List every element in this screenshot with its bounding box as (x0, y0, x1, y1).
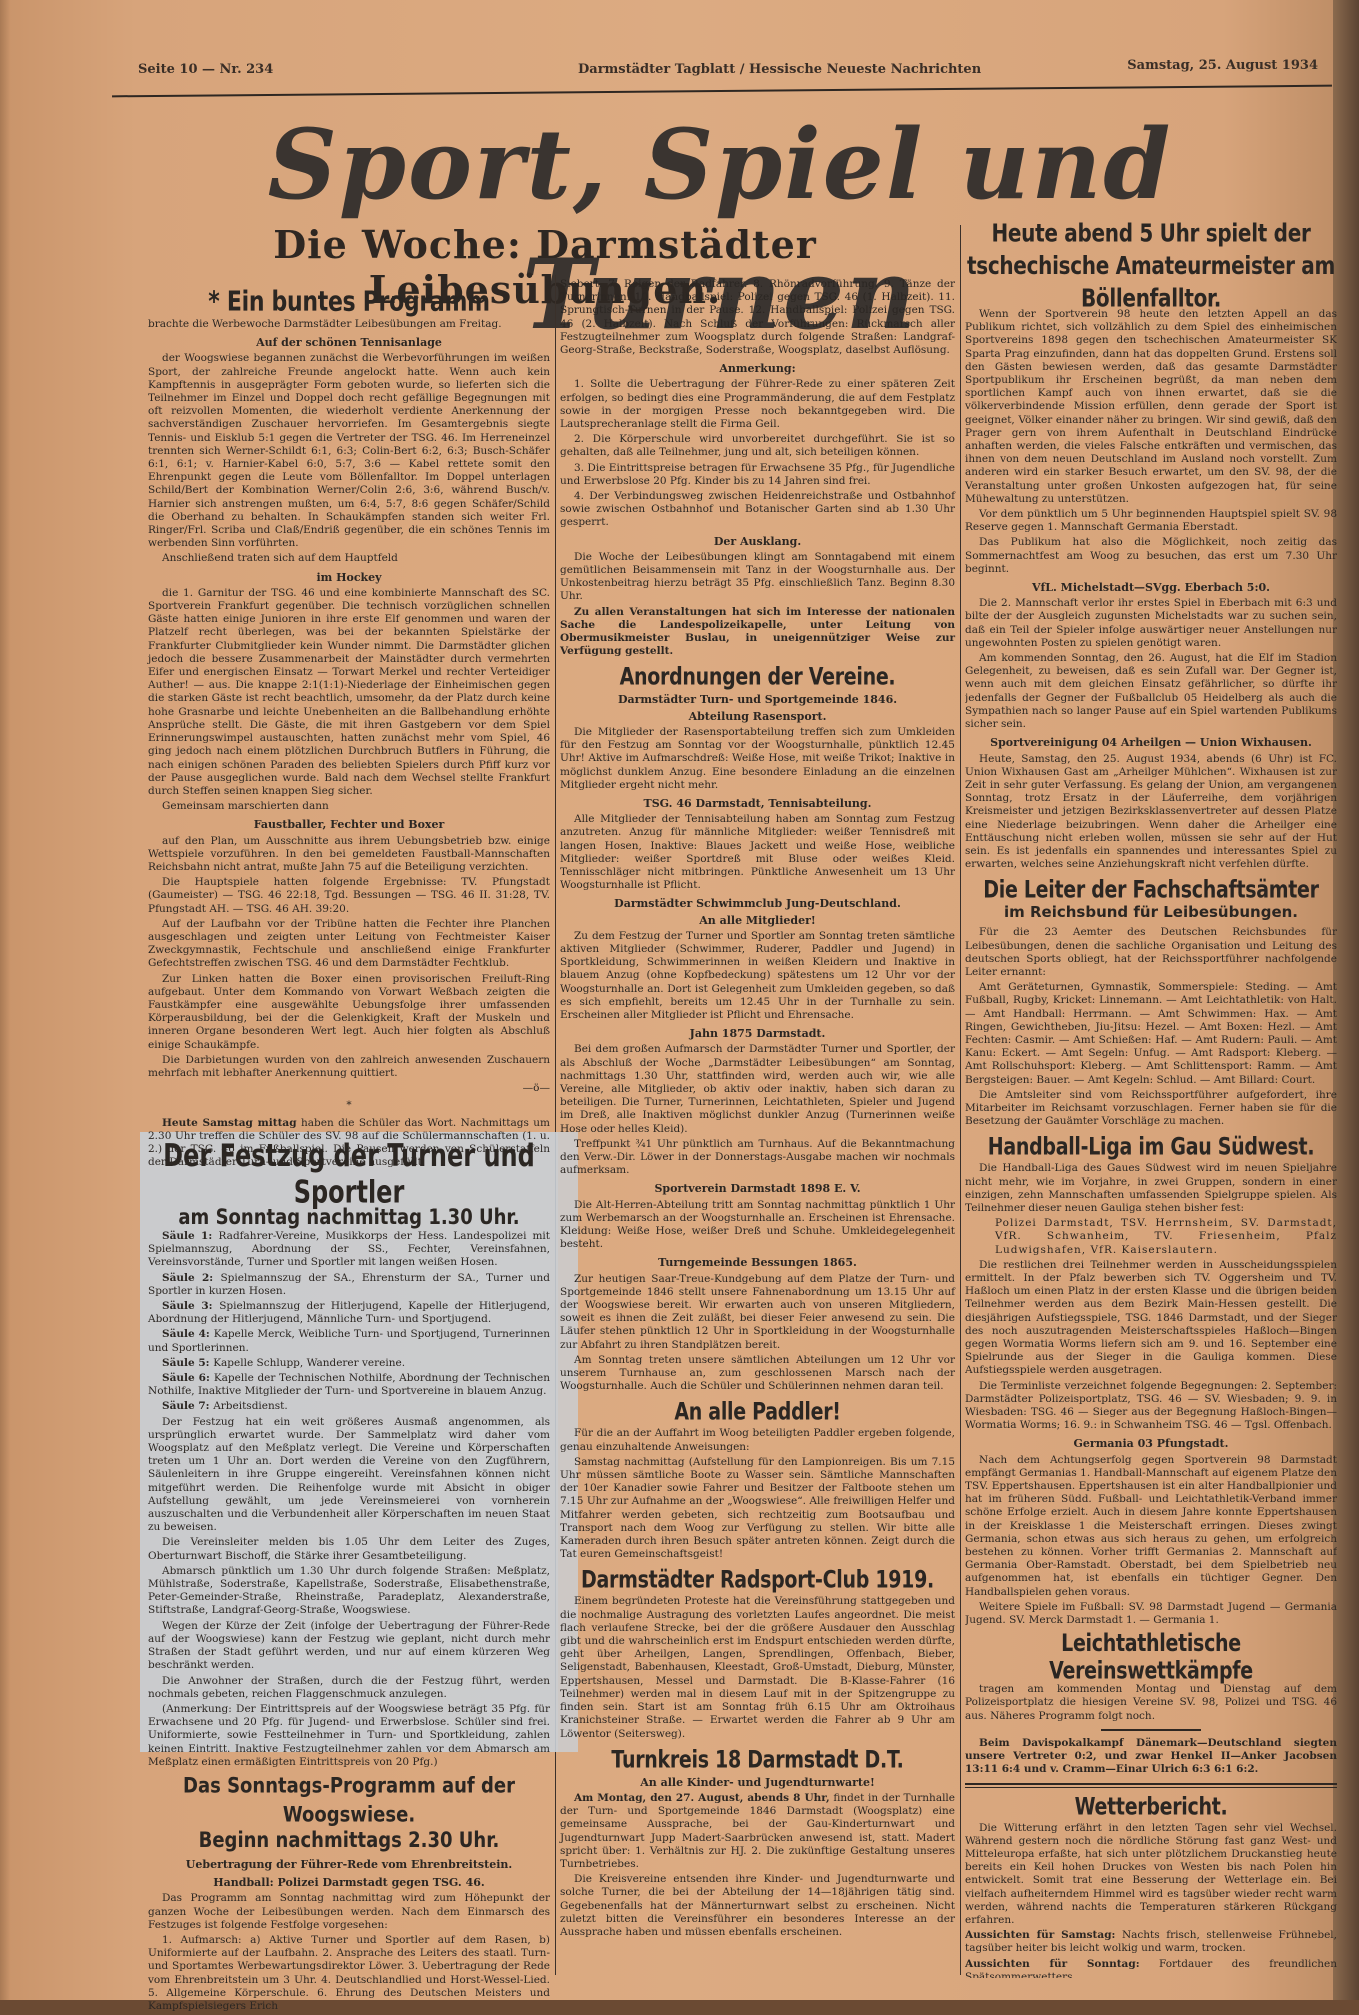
subheading-hockey: im Hockey (148, 571, 550, 584)
paragraph: Zur heutigen Saar-Treue-Kundgebung auf d… (560, 1273, 955, 1352)
paragraph: Siebert. 7. Reigen der Radfahrer. 8. Rhö… (560, 278, 955, 357)
team-list: Polizei Darmstadt, TSV. Herrnsheim, SV. … (965, 1217, 1337, 1257)
subheading-rasensport: Abteilung Rasensport. (560, 710, 955, 723)
running-head: Seite 10 — Nr. 234 Darmstädter Tagblatt … (138, 58, 1318, 82)
headline-sparta: Heute abend 5 Uhr spielt der tschechisch… (965, 218, 1337, 314)
subheading-jahn: Jahn 1875 Darmstadt. (560, 1027, 955, 1040)
headline-leichtathletik: Leichtathletische Vereinswettkämpfe (965, 1630, 1337, 1685)
subheading-arheilgen: Sportvereinigung 04 Arheilgen — Union Wi… (965, 736, 1337, 749)
sonntag-subheadline: Beginn nachmittags 2.30 Uhr. (148, 1827, 550, 1856)
forecast-saturday: Aussichten für Samstag: Nachts frisch, s… (965, 1929, 1337, 1955)
festzug-item-label: Säule 6: (162, 1372, 214, 1384)
column-middle: Siebert. 7. Reigen der Radfahrer. 8. Rhö… (560, 278, 955, 1978)
festzug-item-label: Säule 5: (162, 1357, 213, 1369)
festzug-item: Säule 7: Arbeitsdienst. (148, 1400, 550, 1413)
paragraph: Die 2. Mannschaft verlor ihr erstes Spie… (965, 597, 1337, 650)
subheading-alle: An alle Mitglieder! (560, 914, 955, 927)
paragraph: auf den Plan, um Ausschnitte aus ihrem U… (148, 835, 550, 875)
article-headline: * Ein buntes Programm (148, 289, 550, 317)
paragraph: Bei dem großen Aufmarsch der Darmstädter… (560, 1043, 955, 1135)
paragraph: Wenn der Sportverein 98 heute den letzte… (965, 308, 1337, 506)
paragraph: Für die 23 Aemter des Deutschen Reichsbu… (965, 926, 1337, 979)
issue-date: Samstag, 25. August 1934 (1127, 58, 1318, 73)
article-intro: brachte die Werbewoche Darmstädter Leibe… (148, 318, 550, 331)
subheading-sv98: Sportverein Darmstadt 1898 E. V. (560, 1182, 955, 1195)
paragraph: Am kommenden Sonntag, den 26. August, ha… (965, 652, 1337, 731)
paragraph: 1. Sollte die Uebertragung der Führer-Re… (560, 378, 955, 431)
festzug-item-label: Säule 7: (162, 1400, 213, 1412)
page-number: Seite 10 — Nr. 234 (138, 62, 273, 77)
headline-handball: Handball-Liga im Gau Südwest. (965, 1134, 1337, 1162)
paragraph: 2. Die Körperschule wird unvorbereitet d… (560, 433, 955, 459)
forecast-label: Aussichten für Samstag: (965, 1929, 1115, 1941)
paragraph: Am Sonntag treten unsere sämtlichen Abte… (560, 1354, 955, 1394)
subheading-ausklang: Der Ausklang. (560, 535, 955, 548)
paragraph: Vor dem pünktlich um 5 Uhr beginnenden H… (965, 508, 1337, 534)
paragraph: Die Hauptspiele hatten folgende Ergebnis… (148, 876, 550, 916)
paragraph: 1. Aufmarsch: a) Aktive Turner und Sport… (148, 1934, 550, 2000)
headline-radsport: Darmstädter Radsport-Club 1919. (560, 1567, 955, 1595)
article-festzug: Der Festzug der Turner und Sportler am S… (148, 1140, 550, 2000)
paragraph: Am Montag, den 27. August, abends 8 Uhr,… (560, 1792, 955, 1871)
sonntag-sub1: Uebertragung der Führer-Rede vom Ehrenbr… (148, 1858, 550, 1871)
paragraph: Die Amtsleiter sind vom Reichssportführe… (965, 1089, 1337, 1129)
paragraph: Nach dem Achtungserfolg gegen Sportverei… (965, 1454, 1337, 1599)
subheading-schwimmclub: Darmstädter Schwimmclub Jung-Deutschland… (560, 897, 955, 910)
lead-in: Am Montag, den 27. August, abends 8 Uhr, (574, 1792, 830, 1804)
festzug-item: Säule 4: Kapelle Merck, Weibliche Turn- … (148, 1328, 550, 1354)
headline-anordnungen: Anordnungen der Vereine. (560, 664, 955, 692)
subheading-anmerkung: Anmerkung: (560, 362, 955, 375)
column-right: Heute abend 5 Uhr spielt der tschechisch… (965, 218, 1337, 1978)
paragraph: Die Woche der Leibesübungen klingt am So… (560, 551, 955, 604)
separator-star: * (148, 1099, 550, 1112)
paragraph: Die Handball-Liga des Gaues Südwest wird… (965, 1162, 1337, 1215)
paragraph: Samstag nachmittag (Aufstellung für den … (560, 1456, 955, 1562)
author-sign: —ö— (148, 1082, 550, 1095)
paragraph: Auf der Laufbahn vor der Tribüne hatten … (148, 918, 550, 971)
subheading-tsg: Darmstädter Turn- und Sportgemeinde 1846… (560, 693, 955, 706)
paragraph: 4. Der Verbindungsweg zwischen Heidenrei… (560, 490, 955, 530)
paragraph: die 1. Garnitur der TSG. 46 und eine kom… (148, 587, 550, 798)
header-rule (112, 85, 1332, 98)
headline-paddler: An alle Paddler! (560, 1399, 955, 1427)
section-masthead: Sport, Spiel und Turnen (170, 100, 1270, 230)
paragraph: Amt Geräteturnen, Gymnastik, Sommerspiel… (965, 981, 1337, 1087)
headline-wetter: Wetterbericht. (965, 1793, 1337, 1821)
festzug-item: Säule 6: Kapelle der Technischen Nothilf… (148, 1372, 550, 1398)
paragraph: Heute, Samstag, den 25. August 1934, abe… (965, 753, 1337, 872)
sonntag-sub2: Handball: Polizei Darmstadt gegen TSG. 4… (148, 1876, 550, 1889)
paragraph: Für die an der Auffahrt im Woog beteilig… (560, 1427, 955, 1453)
paragraph: Wegen der Kürze der Zeit (infolge der Ue… (148, 1620, 550, 1673)
paragraph: Abmarsch pünktlich um 1.30 Uhr durch fol… (148, 1565, 550, 1618)
paragraph: Anschließend traten sich auf dem Hauptfe… (148, 552, 550, 565)
main-headline: Die Woche: Darmstädter Leibesübungen. (150, 222, 940, 272)
paragraph: Die Darbietungen wurden von den zahlreic… (148, 1054, 550, 1080)
subheading-kinder: An alle Kinder- und Jugendturnwarte! (560, 1776, 955, 1789)
double-rule (965, 1783, 1337, 1788)
paragraph: Die Mitglieder der Rasensportabteilung t… (560, 726, 955, 792)
paragraph: Die Anwohner der Straßen, durch die der … (148, 1675, 550, 1701)
paragraph: der Woogswiese begannen zunächst die Wer… (148, 352, 550, 550)
paragraph: Das Publikum hat also die Möglichkeit, n… (965, 536, 1337, 576)
short-rule (1101, 1729, 1201, 1731)
subheading-germania: Germania 03 Pfungstadt. (965, 1437, 1337, 1450)
paragraph: Treffpunkt ¾1 Uhr pünktlich am Turnhaus.… (560, 1138, 955, 1178)
festzug-item-label: Säule 2: (162, 1272, 220, 1284)
paragraph: Alle Mitglieder der Tennisabteilung habe… (560, 813, 955, 892)
paragraph: Die Kreisvereine entsenden ihre Kinder- … (560, 1873, 955, 1939)
festzug-item-label: Säule 4: (162, 1328, 214, 1340)
paragraph: tragen am kommenden Montag und Dienstag … (965, 1683, 1337, 1723)
subheading-bessungen: Turngemeinde Bessungen 1865. (560, 1256, 955, 1269)
paragraph: Das Programm am Sonntag nachmittag wird … (148, 1892, 550, 1932)
festzug-item: Säule 3: Spielmannszug der Hitlerjugend,… (148, 1300, 550, 1326)
subheading-tennis: TSG. 46 Darmstadt, Tennisabteilung. (560, 797, 955, 810)
headline-turnkreis: Turnkreis 18 Darmstadt D.T. (560, 1746, 955, 1774)
newspaper-title: Darmstädter Tagblatt / Hessische Neueste… (578, 62, 981, 77)
paragraph: Die Vereinsleiter melden bis 1.05 Uhr de… (148, 1536, 550, 1562)
paragraph: Die Alt-Herren-Abteilung tritt am Sonnta… (560, 1199, 955, 1252)
paragraph: Die restlichen drei Teilnehmer werden in… (965, 1259, 1337, 1378)
lead-in: Heute Samstag mittag (162, 1117, 297, 1129)
festzug-columns-list: Säule 1: Radfahrer-Vereine, Musikkorps d… (148, 1230, 550, 1414)
headline-leiter: Die Leiter der Fachschaftsämter (965, 877, 1337, 905)
forecast-label: Aussichten für Sonntag: (965, 1958, 1140, 1970)
newspaper-page: Seite 10 — Nr. 234 Darmstädter Tagblatt … (0, 0, 1359, 2000)
paragraph: Die Witterung erfährt in den letzten Tag… (965, 1822, 1337, 1928)
festzug-item: Säule 5: Kapelle Schlupp, Wanderer verei… (148, 1357, 550, 1370)
paragraph-text: Vertreter 0:2, und zwar Henkel II—Anker … (965, 1750, 1337, 1775)
festzug-headline: Der Festzug der Turner und Sportler (148, 1138, 550, 1211)
paragraph: Zu allen Veranstaltungen hat sich im Int… (560, 606, 955, 659)
paragraph: (Anmerkung: Der Eintrittspreis auf der W… (148, 1703, 550, 1769)
forecast-sunday: Aussichten für Sonntag: Fortdauer des fr… (965, 1958, 1337, 1978)
subheading-tennis: Auf der schönen Tennisanlage (148, 336, 550, 349)
paragraph: Beim Davispokalkampf Dänemark—Deutschlan… (965, 1737, 1337, 1777)
page-edge-left (0, 0, 10, 2000)
paragraph: Die Terminliste verzeichnet folgende Beg… (965, 1380, 1337, 1433)
festzug-subheadline: am Sonntag nachmittag 1.30 Uhr. (148, 1204, 550, 1233)
festzug-item: Säule 1: Radfahrer-Vereine, Musikkorps d… (148, 1230, 550, 1270)
festzug-item-label: Säule 3: (162, 1300, 219, 1312)
paragraph: Einem begründeten Proteste hat die Verei… (560, 1595, 955, 1740)
paragraph: Gemeinsam marschierten dann (148, 800, 550, 813)
paragraph: Zu dem Festzug der Turner und Sportler a… (560, 930, 955, 1022)
paragraph: Zur Linken hatten die Boxer einen provis… (148, 973, 550, 1052)
paragraph: 3. Die Eintrittspreise betragen für Erwa… (560, 462, 955, 488)
headline-leiter-sub: im Reichsbund für Leibesübungen. (965, 903, 1337, 922)
paragraph: Weitere Spiele im Fußball: SV. 98 Darmst… (965, 1601, 1337, 1627)
festzug-item: Säule 2: Spielmannszug der SA., Ehrenstu… (148, 1272, 550, 1298)
subheading-michelstadt: VfL. Michelstadt—SVgg. Eberbach 5:0. (965, 581, 1337, 594)
festzug-item-text: Kapelle Schlupp, Wanderer vereine. (213, 1357, 405, 1369)
subheading-faustball: Faustballer, Fechter und Boxer (148, 818, 550, 831)
festzug-item-text: Arbeitsdienst. (213, 1400, 288, 1412)
paragraph: Der Festzug hat ein weit größeres Ausmaß… (148, 1416, 550, 1535)
sonntag-headline: Das Sonntags-Programm auf der Woogswiese… (148, 1772, 550, 1830)
column-divider (960, 225, 961, 1975)
